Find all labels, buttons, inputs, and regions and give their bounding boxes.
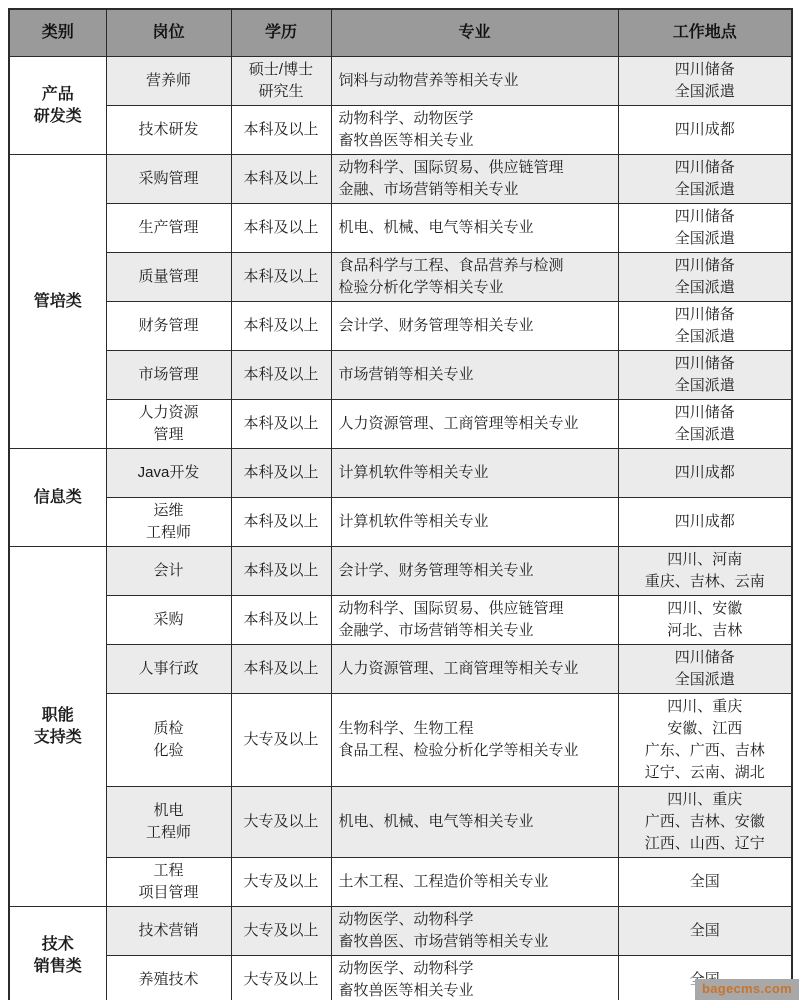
cell-location: 四川储备 全国派遣 [618, 204, 792, 253]
cell-position: 财务管理 [106, 302, 231, 351]
cell-position: 机电 工程师 [106, 787, 231, 858]
cell-major: 土木工程、工程造价等相关专业 [331, 858, 618, 907]
cell-location: 四川储备 全国派遣 [618, 253, 792, 302]
cell-position: Java开发 [106, 449, 231, 498]
cell-education: 本科及以上 [231, 498, 331, 547]
cell-position: 人事行政 [106, 645, 231, 694]
cell-education: 本科及以上 [231, 400, 331, 449]
cell-category: 信息类 [9, 449, 106, 547]
cell-education: 大专及以上 [231, 858, 331, 907]
cell-position: 采购管理 [106, 155, 231, 204]
table-row: 信息类Java开发本科及以上计算机软件等相关专业四川成都 [9, 449, 792, 498]
cell-location: 四川成都 [618, 449, 792, 498]
table-body: 产品 研发类营养师硕士/博士 研究生饲料与动物营养等相关专业四川储备 全国派遣技… [9, 57, 792, 1000]
cell-position: 人力资源 管理 [106, 400, 231, 449]
cell-education: 硕士/博士 研究生 [231, 57, 331, 106]
cell-major: 计算机软件等相关专业 [331, 449, 618, 498]
cell-position: 技术营销 [106, 907, 231, 956]
cell-education: 本科及以上 [231, 106, 331, 155]
cell-position: 养殖技术 [106, 956, 231, 1000]
cell-category: 管培类 [9, 155, 106, 449]
cell-major: 人力资源管理、工商管理等相关专业 [331, 645, 618, 694]
table-row: 人力资源 管理本科及以上人力资源管理、工商管理等相关专业四川储备 全国派遣 [9, 400, 792, 449]
cell-education: 本科及以上 [231, 596, 331, 645]
table-row: 管培类采购管理本科及以上动物科学、国际贸易、供应链管理 金融、市场营销等相关专业… [9, 155, 792, 204]
cell-education: 大专及以上 [231, 956, 331, 1000]
cell-location: 四川储备 全国派遣 [618, 400, 792, 449]
cell-category: 产品 研发类 [9, 57, 106, 155]
cell-education: 本科及以上 [231, 155, 331, 204]
cell-major: 饲料与动物营养等相关专业 [331, 57, 618, 106]
table-row: 生产管理本科及以上机电、机械、电气等相关专业四川储备 全国派遣 [9, 204, 792, 253]
cell-location: 全国 [618, 907, 792, 956]
cell-major: 动物医学、动物科学 畜牧兽医等相关专业 [331, 956, 618, 1000]
table-row: 人事行政本科及以上人力资源管理、工商管理等相关专业四川储备 全国派遣 [9, 645, 792, 694]
cell-major: 动物科学、国际贸易、供应链管理 金融学、市场营销等相关专业 [331, 596, 618, 645]
table-row: 职能 支持类会计本科及以上会计学、财务管理等相关专业四川、河南 重庆、吉林、云南 [9, 547, 792, 596]
cell-major: 机电、机械、电气等相关专业 [331, 787, 618, 858]
cell-category: 技术 销售类 [9, 907, 106, 1000]
cell-major: 动物科学、动物医学 畜牧兽医等相关专业 [331, 106, 618, 155]
cell-position: 技术研发 [106, 106, 231, 155]
cell-location: 四川、重庆 广西、吉林、安徽 江西、山西、辽宁 [618, 787, 792, 858]
cell-major: 动物医学、动物科学 畜牧兽医、市场营销等相关专业 [331, 907, 618, 956]
table-row: 采购本科及以上动物科学、国际贸易、供应链管理 金融学、市场营销等相关专业四川、安… [9, 596, 792, 645]
cell-position: 质检 化验 [106, 694, 231, 787]
header-education: 学历 [231, 9, 331, 57]
watermark: bagecms.com [695, 979, 799, 1000]
cell-major: 人力资源管理、工商管理等相关专业 [331, 400, 618, 449]
cell-major: 市场营销等相关专业 [331, 351, 618, 400]
cell-position: 营养师 [106, 57, 231, 106]
cell-location: 四川成都 [618, 106, 792, 155]
cell-education: 本科及以上 [231, 449, 331, 498]
cell-location: 四川储备 全国派遣 [618, 645, 792, 694]
header-category: 类别 [9, 9, 106, 57]
recruitment-table: 类别 岗位 学历 专业 工作地点 产品 研发类营养师硕士/博士 研究生饲料与动物… [8, 8, 793, 1000]
table-row: 技术 销售类技术营销大专及以上动物医学、动物科学 畜牧兽医、市场营销等相关专业全… [9, 907, 792, 956]
cell-position: 市场管理 [106, 351, 231, 400]
table-row: 市场管理本科及以上市场营销等相关专业四川储备 全国派遣 [9, 351, 792, 400]
cell-major: 机电、机械、电气等相关专业 [331, 204, 618, 253]
table-row: 产品 研发类营养师硕士/博士 研究生饲料与动物营养等相关专业四川储备 全国派遣 [9, 57, 792, 106]
cell-education: 大专及以上 [231, 787, 331, 858]
table-header-row: 类别 岗位 学历 专业 工作地点 [9, 9, 792, 57]
cell-location: 四川储备 全国派遣 [618, 351, 792, 400]
cell-position: 会计 [106, 547, 231, 596]
cell-major: 会计学、财务管理等相关专业 [331, 547, 618, 596]
cell-position: 运维 工程师 [106, 498, 231, 547]
cell-position: 生产管理 [106, 204, 231, 253]
cell-location: 四川、重庆 安徽、江西 广东、广西、吉林 辽宁、云南、湖北 [618, 694, 792, 787]
cell-major: 生物科学、生物工程 食品工程、检验分析化学等相关专业 [331, 694, 618, 787]
cell-location: 四川、安徽 河北、吉林 [618, 596, 792, 645]
cell-location: 四川成都 [618, 498, 792, 547]
cell-education: 大专及以上 [231, 694, 331, 787]
table-row: 养殖技术大专及以上动物医学、动物科学 畜牧兽医等相关专业全国 [9, 956, 792, 1000]
cell-location: 四川储备 全国派遣 [618, 302, 792, 351]
header-location: 工作地点 [618, 9, 792, 57]
cell-education: 本科及以上 [231, 302, 331, 351]
cell-major: 食品科学与工程、食品营养与检测 检验分析化学等相关专业 [331, 253, 618, 302]
cell-major: 计算机软件等相关专业 [331, 498, 618, 547]
table-row: 技术研发本科及以上动物科学、动物医学 畜牧兽医等相关专业四川成都 [9, 106, 792, 155]
table-row: 运维 工程师本科及以上计算机软件等相关专业四川成都 [9, 498, 792, 547]
table-row: 财务管理本科及以上会计学、财务管理等相关专业四川储备 全国派遣 [9, 302, 792, 351]
cell-education: 本科及以上 [231, 253, 331, 302]
cell-position: 工程 项目管理 [106, 858, 231, 907]
cell-education: 本科及以上 [231, 351, 331, 400]
cell-education: 本科及以上 [231, 204, 331, 253]
recruitment-table-page: 类别 岗位 学历 专业 工作地点 产品 研发类营养师硕士/博士 研究生饲料与动物… [0, 0, 799, 1000]
table-row: 质量管理本科及以上食品科学与工程、食品营养与检测 检验分析化学等相关专业四川储备… [9, 253, 792, 302]
cell-position: 采购 [106, 596, 231, 645]
table-row: 工程 项目管理大专及以上土木工程、工程造价等相关专业全国 [9, 858, 792, 907]
cell-location: 全国 [618, 858, 792, 907]
cell-category: 职能 支持类 [9, 547, 106, 907]
header-major: 专业 [331, 9, 618, 57]
cell-position: 质量管理 [106, 253, 231, 302]
cell-education: 本科及以上 [231, 547, 331, 596]
cell-location: 四川储备 全国派遣 [618, 155, 792, 204]
cell-location: 四川、河南 重庆、吉林、云南 [618, 547, 792, 596]
cell-major: 动物科学、国际贸易、供应链管理 金融、市场营销等相关专业 [331, 155, 618, 204]
table-row: 机电 工程师大专及以上机电、机械、电气等相关专业四川、重庆 广西、吉林、安徽 江… [9, 787, 792, 858]
cell-location: 四川储备 全国派遣 [618, 57, 792, 106]
cell-education: 大专及以上 [231, 907, 331, 956]
cell-major: 会计学、财务管理等相关专业 [331, 302, 618, 351]
cell-education: 本科及以上 [231, 645, 331, 694]
table-row: 质检 化验大专及以上生物科学、生物工程 食品工程、检验分析化学等相关专业四川、重… [9, 694, 792, 787]
header-position: 岗位 [106, 9, 231, 57]
